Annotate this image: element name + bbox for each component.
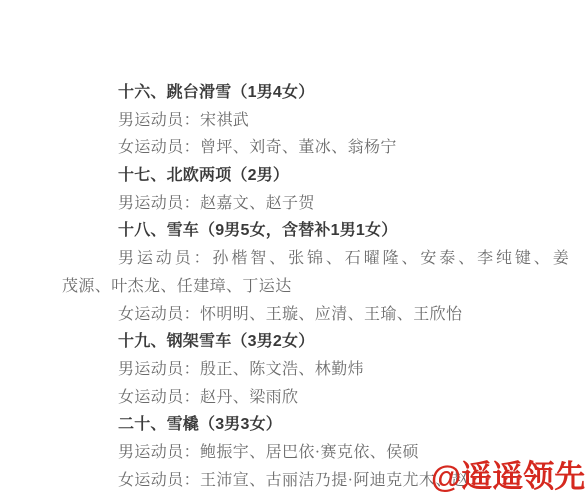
athlete-roster: 十六、跳台滑雪（1男4女） 男运动员：宋祺武 女运动员：曾坪、刘奇、董冰、翁杨宁… (62, 79, 576, 494)
document-page: 十六、跳台滑雪（1男4女） 男运动员：宋祺武 女运动员：曾坪、刘奇、董冰、翁杨宁… (0, 0, 586, 500)
athletes-line: 男运动员：孙楷智、张锦、石曜隆、安泰、李纯键、姜 (62, 245, 576, 273)
section-heading: 二十、雪橇（3男3女） (62, 411, 576, 439)
section-heading: 十六、跳台滑雪（1男4女） (62, 79, 576, 107)
athletes-line: 男运动员：殷正、陈文浩、林勤炜 (62, 356, 576, 384)
athletes-line-continuation: 茂源、叶杰龙、任建璋、丁运达 (62, 273, 576, 301)
section-heading: 十九、钢架雪车（3男2女） (62, 328, 576, 356)
athletes-line: 女运动员：赵丹、梁雨欣 (62, 384, 576, 412)
section-heading: 十七、北欧两项（2男） (62, 162, 576, 190)
section-heading: 十八、雪车（9男5女，含替补1男1女） (62, 217, 576, 245)
athletes-line: 女运动员：曾坪、刘奇、董冰、翁杨宁 (62, 134, 576, 162)
athletes-line: 女运动员：怀明明、王璇、应清、王瑜、王欣怡 (62, 301, 576, 329)
red-watermark: @遥遥领先 (431, 459, 585, 495)
athletes-line: 男运动员：赵嘉文、赵子贺 (62, 190, 576, 218)
athletes-line: 男运动员：宋祺武 (62, 107, 576, 135)
